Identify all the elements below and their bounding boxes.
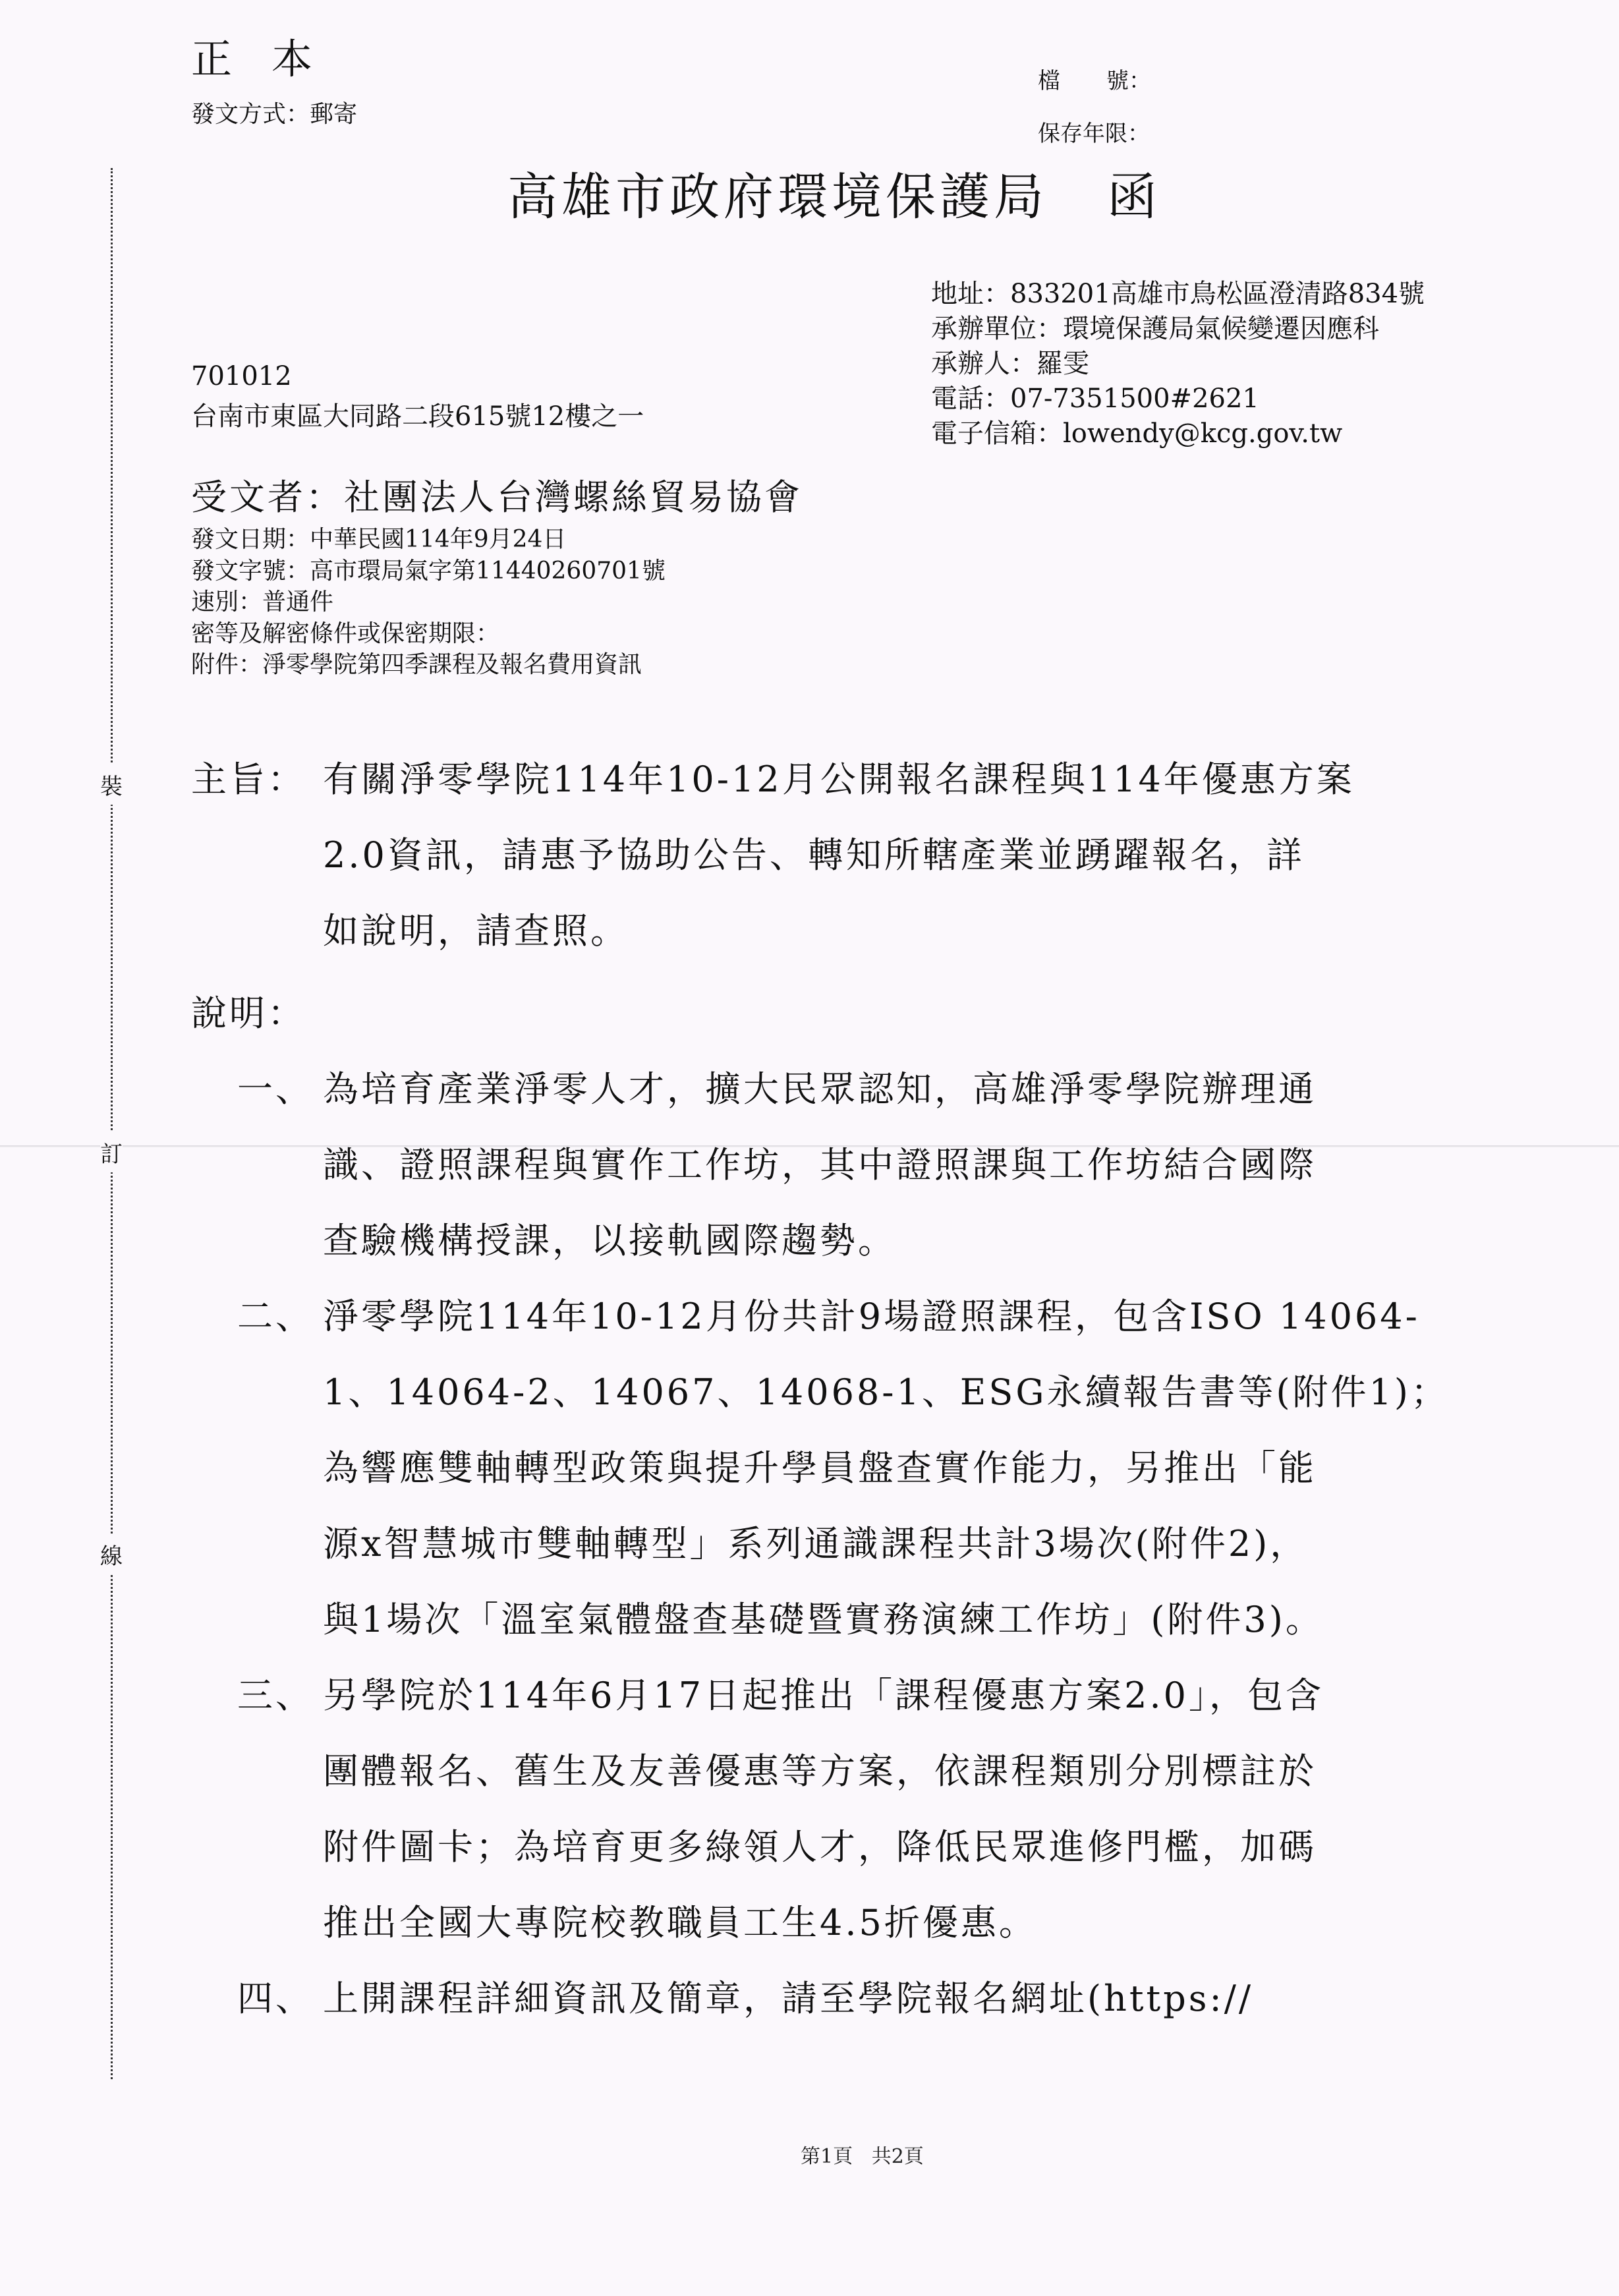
handling-unit: 承辦單位：環境保護局氣候變遷因應科 [931, 312, 1425, 347]
copy-label: 正本 [191, 26, 352, 85]
issue-date: 發文日期：中華民國114年9月24日 [191, 524, 666, 556]
document-meta: 發文日期：中華民國114年9月24日 發文字號：高市環局氣字第114402607… [191, 524, 666, 681]
subject-line: 有關淨零學院114年10-12月公開報名課程與114年優惠方案 [323, 751, 1355, 802]
binding-dotted-line [111, 168, 113, 2079]
item-number: 一、 [237, 1061, 314, 1112]
file-number-field: 檔號： [1038, 63, 1151, 95]
page-total: 共2頁 [872, 2145, 924, 2168]
recipient-address: 台南市東區大同路二段615號12樓之一 [191, 395, 644, 433]
document-title: 高雄市政府環境保護局函 [507, 157, 1161, 229]
subject-line: 如說明，請查照。 [323, 903, 629, 954]
binding-label-ding: 訂 [100, 1132, 123, 1172]
item-line: 為培育產業淨零人才，擴大民眾認知，高雄淨零學院辦理通 [323, 1061, 1317, 1112]
item-line: 源x智慧城市雙軸轉型」系列通識課程共計3場次(附件2)， [323, 1516, 1308, 1566]
item-number: 二、 [237, 1288, 314, 1339]
send-method: 發文方式：郵寄 [191, 96, 357, 129]
sender-address: 地址：833201高雄市鳥松區澄清路834號 [931, 277, 1425, 312]
item-line: 推出全國大專院校教職員工生4.5折優惠。 [323, 1895, 1037, 1945]
subject-line: 2.0資訊，請惠予協助公告、轉知所轄產業並踴躍報名，詳 [323, 827, 1305, 878]
page-number: 第1頁 [801, 2145, 853, 2168]
item-line: 與1場次「溫室氣體盤查基礎暨實務演練工作坊」(附件3)。 [323, 1592, 1324, 1642]
item-line: 查驗機構授課，以接軌國際趨勢。 [323, 1213, 896, 1263]
retention-period-field: 保存年限： [1038, 115, 1150, 148]
item-line: 團體報名、舊生及友善優惠等方案，依課程類別分別標註於 [323, 1743, 1317, 1794]
recipient: 受文者：社團法人台灣螺絲貿易協會 [191, 469, 803, 520]
email: 電子信箱：lowendy@kcg.gov.tw [931, 416, 1425, 451]
subject-label: 主旨： [191, 751, 306, 802]
file-number-label-b: 號： [1106, 68, 1151, 94]
phone: 電話：07-7351500#2621 [931, 382, 1425, 416]
item-line: 識、證照課程與實作工作坊，其中證照課與工作坊結合國際 [323, 1137, 1317, 1188]
item-line: 為響應雙軸轉型政策與提升學員盤查實作能力，另推出「能 [323, 1440, 1317, 1491]
document-type: 函 [1107, 167, 1161, 226]
binding-label-zhuang: 裝 [100, 764, 123, 805]
sender-contact-block: 地址：833201高雄市鳥松區澄清路834號 承辦單位：環境保護局氣候變遷因應科… [931, 277, 1425, 451]
page-footer: 第1頁 共2頁 [801, 2140, 924, 2169]
item-line: 淨零學院114年10-12月份共計9場證照課程，包含ISO 14064- [323, 1288, 1420, 1339]
item-line: 1、14064-2、14067、14068-1、ESG永續報告書等(附件1)； [323, 1364, 1449, 1415]
item-number: 四、 [237, 1970, 314, 2021]
file-number-label-a: 檔 [1038, 68, 1060, 94]
attachment: 附件：淨零學院第四季課程及報名費用資訊 [191, 649, 666, 681]
agency-name: 高雄市政府環境保護局 [507, 167, 1048, 226]
description-label: 說明： [191, 985, 306, 1036]
item-number: 三、 [237, 1667, 314, 1718]
handling-officer: 承辦人：羅雯 [931, 347, 1425, 382]
document-number: 發文字號：高市環局氣字第11440260701號 [191, 556, 666, 587]
confidentiality: 密等及解密條件或保密期限： [191, 618, 666, 650]
binding-label-xian: 線 [100, 1534, 123, 1574]
item-line: 上開課程詳細資訊及簡章，請至學院報名網址(https:// [323, 1970, 1253, 2021]
item-line: 附件圖卡；為培育更多綠領人才，降低民眾進修門檻，加碼 [323, 1819, 1317, 1870]
item-line: 另學院於114年6月17日起推出「課程優惠方案2.0」，包含 [323, 1667, 1324, 1718]
priority: 速別：普通件 [191, 587, 666, 618]
recipient-zip: 701012 [191, 361, 292, 391]
